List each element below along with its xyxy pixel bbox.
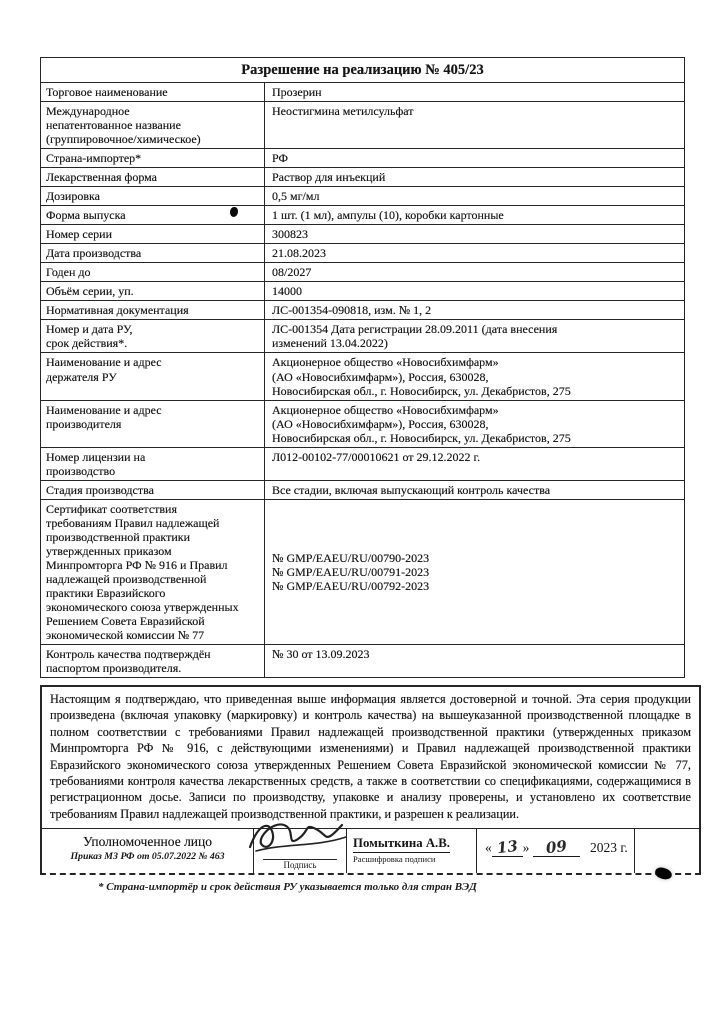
authorized-person-label: Уполномоченное лицо [42,834,253,850]
row-value: Неостигмина метилсульфат [265,102,685,149]
table-row: Наименование и адрес производителяАкцион… [41,400,685,447]
date-year: 2023 г. [590,840,628,855]
row-label: Дозировка [41,187,265,206]
table-row: Торговое наименованиеПрозерин [41,83,685,102]
table-row: Номер лицензии на производствоЛ012-00102… [41,447,685,480]
handwritten-month: 09 [545,837,568,857]
attestation-box: Настоящим я подтверждаю, что приведенная… [40,685,701,875]
signature-date-cell: «13» 09 2023 г. [477,829,635,873]
table-row: Лекарственная формаРаствор для инъекций [41,168,685,187]
row-label: Торговое наименование [41,83,265,102]
table-row: Номер и дата РУ, срок действия*.ЛС-00135… [41,320,685,353]
row-label: Номер и дата РУ, срок действия*. [41,320,265,353]
document-content: Разрешение на реализацию № 405/23 Торгов… [40,57,685,893]
row-value: № 30 от 13.09.2023 [265,645,685,678]
row-label: Наименование и адрес держателя РУ [41,353,265,400]
doc-table-body: Разрешение на реализацию № 405/23 Торгов… [41,58,685,678]
table-row: Стадия производстваВсе стадии, включая в… [41,480,685,499]
authorized-person-note: Приказ МЗ РФ от 05.07.2022 № 463 [42,851,253,862]
row-label: Номер серии [41,225,265,244]
table-row: Контроль качества подтверждён паспортом … [41,645,685,678]
quote-close: » [523,840,530,855]
handwritten-day: 13 [496,837,519,857]
row-value: ЛС-001354 Дата регистрации 28.09.2011 (д… [265,320,685,353]
row-value: Л012-00102-77/00010621 от 29.12.2022 г. [265,447,685,480]
row-label: Страна-импортер* [41,149,265,168]
row-label: Наименование и адрес производителя [41,400,265,447]
release-permission-table: Разрешение на реализацию № 405/23 Торгов… [40,57,685,678]
row-value: № GMP/EAEU/RU/00790-2023 № GMP/EAEU/RU/0… [265,499,685,644]
document-title: Разрешение на реализацию № 405/23 [41,58,685,83]
row-value: Акционерное общество «Новосибхимфарм» (А… [265,400,685,447]
row-value: 300823 [265,225,685,244]
row-label: Дата производства [41,244,265,263]
table-row: Объём серии, уп.14000 [41,282,685,301]
footnote: * Страна-импортёр и срок действия РУ ука… [98,881,685,893]
authorized-person-cell: Уполномоченное лицо Приказ МЗ РФ от 05.0… [42,829,254,873]
row-label: Стадия производства [41,480,265,499]
table-row: Форма выпуска1 шт. (1 мл), ампулы (10), … [41,206,685,225]
handwritten-month-underline: 09 [533,838,580,857]
attestation-text: Настоящим я подтверждаю, что приведенная… [42,687,699,828]
table-title-row: Разрешение на реализацию № 405/23 [41,58,685,83]
row-value: Прозерин [265,83,685,102]
row-value: РФ [265,149,685,168]
handwritten-day-underline: 13 [492,838,523,857]
table-row: Наименование и адрес держателя РУАкционе… [41,353,685,400]
row-value: Раствор для инъекций [265,168,685,187]
row-value: 08/2027 [265,263,685,282]
table-row: Дозировка0,5 мг/мл [41,187,685,206]
row-value: 0,5 мг/мл [265,187,685,206]
scanned-document-page: Разрешение на реализацию № 405/23 Торгов… [0,0,724,1024]
row-value: ЛС-001354-090818, изм. № 1, 2 [265,301,685,320]
signature-name-cell: Помыткина А.В. Расшифровка подписи [347,829,477,873]
row-label: Лекарственная форма [41,168,265,187]
row-label: Нормативная документация [41,301,265,320]
signatory-name: Помыткина А.В. [353,836,450,853]
table-row: Годен до08/2027 [41,263,685,282]
signature-cell: Подпись [254,829,347,873]
row-label: Годен до [41,263,265,282]
signature-row-tail [635,829,699,873]
row-value: Все стадии, включая выпускающий контроль… [265,480,685,499]
quote-open: « [485,840,492,855]
table-row: Нормативная документацияЛС-001354-090818… [41,301,685,320]
row-value: Акционерное общество «Новосибхимфарм» (А… [265,353,685,400]
row-value: 21.08.2023 [265,244,685,263]
table-row: Дата производства21.08.2023 [41,244,685,263]
row-label: Номер лицензии на производство [41,447,265,480]
signature-caption: Подпись [263,859,337,870]
table-row: Номер серии300823 [41,225,685,244]
signature-row: Уполномоченное лицо Приказ МЗ РФ от 05.0… [42,828,699,873]
row-label: Контроль качества подтверждён паспортом … [41,645,265,678]
row-value: 1 шт. (1 мл), ампулы (10), коробки карто… [265,206,685,225]
row-value: 14000 [265,282,685,301]
row-label: Международное непатентованное название (… [41,102,265,149]
table-row: Сертификат соответствия требованиям Прав… [41,499,685,644]
table-row: Страна-импортер*РФ [41,149,685,168]
table-row: Международное непатентованное название (… [41,102,685,149]
row-label: Объём серии, уп. [41,282,265,301]
row-label: Сертификат соответствия требованиям Прав… [41,499,265,644]
signatory-name-caption: Расшифровка подписи [353,854,470,864]
